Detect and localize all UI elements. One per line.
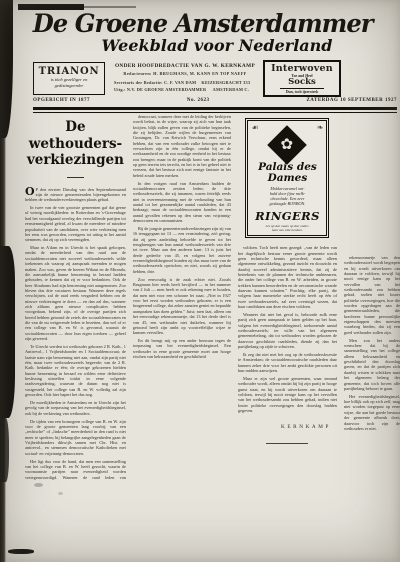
founded-label: OPGERICHT IN 1877 <box>33 98 90 103</box>
ringers-title-line: Dames <box>251 173 323 184</box>
secretary-line: Secretaris der Redactie: C. F. VAN DAM K… <box>111 80 259 85</box>
scan-artifact <box>34 483 43 487</box>
paragraph: Wanneer dat niet het geval is, behoorde … <box>238 312 337 349</box>
divider-rule <box>280 88 324 89</box>
paragraph: geslaagde BONBON. <box>251 201 323 206</box>
paragraph: In twee van de vier grootste gemeenten g… <box>25 205 126 242</box>
drop-cap: O <box>25 187 36 196</box>
trianon-ad-tagline: gedistingeerder <box>34 83 104 89</box>
scan-artifact <box>0 246 15 418</box>
paragraph: Maar in A'dam en in Utrecht is het spaak… <box>25 245 126 341</box>
article-headline: De wethouders- verkiezingen <box>25 119 126 169</box>
scan-artifact <box>8 549 34 554</box>
paragraph: Maar er zijn wel groote gemeenten, waar … <box>238 376 337 413</box>
column-2: democraat, wanneer deze met de leiding d… <box>133 114 231 480</box>
paragraph: De tijden van een homogeen college van B… <box>25 419 126 456</box>
ringers-brand: RINGERS <box>251 209 323 223</box>
interwoven-product: Socks <box>265 78 339 86</box>
paragraph: Het evenredigheidsbeginsel, hoe billijk … <box>344 394 400 431</box>
paragraph: rekensommetje van den wethoudersstoel wo… <box>344 255 400 335</box>
trianon-ad-name: TRIANON <box>34 66 104 77</box>
rose-icon: ✿ <box>281 137 294 152</box>
scan-artifact <box>1 418 9 482</box>
column-4: rekensommetje van den wethoudersstoel wo… <box>344 114 400 480</box>
chief-editor-line: ONDER HOOFDREDACTIE VAN G. W. KERNKAMP <box>111 63 259 69</box>
diamond-emblem: ✿ <box>268 125 308 165</box>
dateline: OPGERICHT IN 1877 No. 2623 ZATERDAG 10 S… <box>33 98 397 103</box>
issue-date: ZATERDAG 10 SEPTEMBER 1927 <box>306 98 397 103</box>
editors-line: Redacteuren: H. BRUGMANS, M. KANN EN TOP… <box>111 71 259 76</box>
paragraph: kant van elke bonbon. <box>251 228 323 232</box>
paragraph: voldoen. Toch heeft men gezegd: „van de … <box>238 245 337 309</box>
headline-line-1: De wethouders- <box>25 119 126 152</box>
divider-rule-thick <box>33 107 397 110</box>
masthead-divider <box>33 107 397 113</box>
article-lead-paragraph: OP den eersten Dinsdag van den September… <box>25 187 126 203</box>
author-signature: KERNKAMP <box>238 424 331 430</box>
issue-number: No. 2623 <box>187 98 210 103</box>
column-3: ☙ ❧ ✿ Palais des Dames Mokka-caramel om-… <box>238 114 337 480</box>
article-end-rule <box>266 443 308 444</box>
publisher-line: Uitg.: N.V. DE GROENE AMSTERDAMMER AMSTE… <box>111 87 259 92</box>
newspaper-front-page: De Groene Amsterdammer Weekblad voor Ned… <box>0 0 400 562</box>
column-3-text: voldoen. Toch heeft men gezegd: „van de … <box>238 245 337 413</box>
paragraph: In den vorigen raad van Amsterdam hadden… <box>133 181 231 224</box>
scan-artifact <box>0 0 13 138</box>
column-2-text: democraat, wanneer deze met de leiding d… <box>133 114 231 360</box>
scan-artifact <box>58 492 63 495</box>
lead-text: P den eersten Dinsdag van den Septemberm… <box>25 187 126 203</box>
ringers-product-name: Palais des Dames <box>251 162 323 183</box>
headline-divider <box>67 177 84 178</box>
ringers-ad-frame: ☙ ❧ ✿ Palais des Dames Mokka-caramel om-… <box>247 120 327 236</box>
column-1-text: In twee van de vier grootste gemeenten g… <box>25 205 126 480</box>
flourish-icon: ❧ <box>317 123 324 132</box>
paragraph: De moeilijkheden te Amsterdam en in Utre… <box>25 400 126 416</box>
flourish-icon: ☙ <box>251 123 258 132</box>
scan-artifact <box>84 6 136 8</box>
newspaper-title: De Groene Amsterdammer <box>33 9 338 38</box>
article-columns: De wethouders- verkiezingen OP den eerst… <box>25 114 400 480</box>
column-4-text: rekensommetje van den wethoudersstoel wo… <box>344 255 400 431</box>
ringers-ad-copy: Mokka-caramel om-huld door fijne melk-ch… <box>251 186 323 206</box>
editorial-masthead-block: ONDER HOOFDREDACTIE VAN G. W. KERNKAMP R… <box>111 63 259 95</box>
paragraph: En dit brengt mij op een ander bezwaar t… <box>133 338 231 359</box>
interwoven-brand: Interwoven <box>265 63 339 74</box>
divider-rule-thin <box>33 112 397 113</box>
trianon-ad-box: TRIANON is tóch gezelliger en gedistinge… <box>33 62 105 95</box>
interwoven-footer: Dun, toch ijzersterk <box>265 90 339 94</box>
ringers-ad-footer: Let op den naam op den onder-kant van el… <box>251 224 323 232</box>
interwoven-ad-box: Interwoven Toe and Heel Socks Dun, toch … <box>263 60 341 97</box>
ringers-ad-box: ☙ ❧ ✿ Palais des Dames Mokka-caramel om-… <box>245 118 329 238</box>
paragraph: Zoo eenvoudig is de zaak echter niet. Zo… <box>133 277 231 336</box>
paragraph: Men zou het anders wenschen: dat bij de … <box>344 338 400 391</box>
newspaper-subtitle: Weekblad voor Nederland <box>92 36 342 55</box>
paragraph: Bij de jongste gemeenteraadsverkiezingen… <box>133 226 231 274</box>
paragraph: Het ligt dus voor de hand, dat men een s… <box>25 459 126 480</box>
paragraph: Ik zeg dat niet met het oog op de wethou… <box>238 352 337 373</box>
headline-line-2: verkiezingen <box>25 152 126 169</box>
paragraph: Te Utrecht werden tot wethouder gekozen … <box>25 344 126 397</box>
paragraph: democraat, wanneer deze met de leiding d… <box>133 114 231 178</box>
column-1: De wethouders- verkiezingen OP den eerst… <box>25 114 126 480</box>
